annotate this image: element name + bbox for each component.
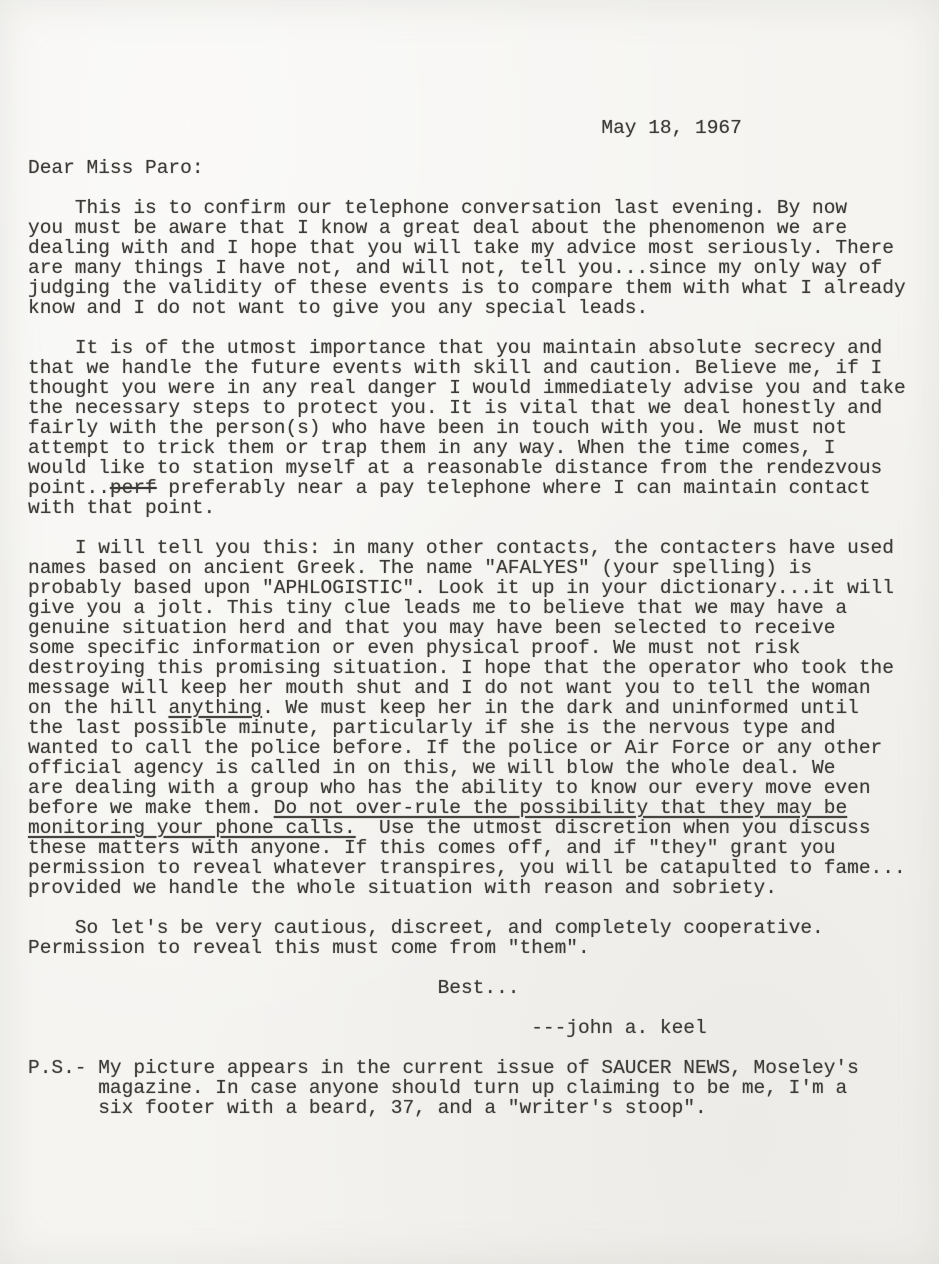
letter-line: May 18, 1967: [28, 118, 906, 138]
text-run: preferably near a pay telephone where I …: [157, 477, 871, 499]
text-run: Use the utmost discretion when you discu…: [356, 817, 871, 839]
text-run: with that point.: [28, 497, 215, 519]
text-run: the last possible minute, particularly i…: [28, 717, 835, 739]
letter-line: names based on ancient Greek. The name "…: [28, 558, 906, 578]
text-run: This is to confirm our telephone convers…: [75, 197, 847, 219]
postscript: P.S.- My picture appears in the current …: [28, 1058, 906, 1118]
date-line: May 18, 1967: [28, 118, 906, 138]
letter-line: This is to confirm our telephone convers…: [28, 198, 906, 218]
paragraph-3: I will tell you this: in many other cont…: [28, 538, 906, 898]
letter-line: I will tell you this: in many other cont…: [28, 538, 906, 558]
letter-line: magazine. In case anyone should turn up …: [28, 1078, 906, 1098]
text-run: are many things I have not, and will not…: [28, 257, 882, 279]
letter-body: May 18, 1967Dear Miss Paro: This is to c…: [28, 118, 906, 1118]
text-run: Permission to reveal this must come from…: [28, 937, 590, 959]
paragraph-1: This is to confirm our telephone convers…: [28, 198, 906, 318]
text-run: wanted to call the police before. If the…: [28, 737, 882, 759]
text-run: ---john a. keel: [531, 1017, 707, 1039]
letter-line: ---john a. keel: [28, 1018, 906, 1038]
text-run: So let's be very cautious, discreet, and…: [75, 917, 824, 939]
text-run: before we make them.: [28, 797, 274, 819]
underlined-text: anything: [168, 697, 262, 719]
letter-line: permission to reveal whatever transpires…: [28, 858, 906, 878]
letter-line: genuine situation herd and that you may …: [28, 618, 906, 638]
text-run: . We must keep her in the dark and uninf…: [262, 697, 859, 719]
text-run: six footer with a beard, 37, and a "writ…: [98, 1097, 707, 1119]
paragraph-2: It is of the utmost importance that you …: [28, 338, 906, 518]
letter-line: Permission to reveal this must come from…: [28, 938, 906, 958]
letter-line: on the hill anything. We must keep her i…: [28, 698, 906, 718]
letter-line: It is of the utmost importance that you …: [28, 338, 906, 358]
struck-out-text: perf: [110, 477, 157, 499]
text-run: Best...: [438, 977, 520, 999]
letter-line: official agency is called in on this, we…: [28, 758, 906, 778]
letter-line: P.S.- My picture appears in the current …: [28, 1058, 906, 1078]
letter-line: before we make them. Do not over-rule th…: [28, 798, 906, 818]
letter-line: destroying this promising situation. I h…: [28, 658, 906, 678]
letter-line: wanted to call the police before. If the…: [28, 738, 906, 758]
text-run: judging the validity of these events is …: [28, 277, 906, 299]
letter-line: point..perf preferably near a pay teleph…: [28, 478, 906, 498]
text-run: you must be aware that I know a great de…: [28, 217, 847, 239]
text-run: on the hill: [28, 697, 168, 719]
text-run: dealing with and I hope that you will ta…: [28, 237, 894, 259]
text-run: magazine. In case anyone should turn up …: [98, 1077, 847, 1099]
salutation: Dear Miss Paro:: [28, 158, 906, 178]
text-run: names based on ancient Greek. The name "…: [28, 557, 812, 579]
text-run: probably based upon "APHLOGISTIC". Look …: [28, 577, 894, 599]
paragraph-4: So let's be very cautious, discreet, and…: [28, 918, 906, 958]
text-run: fairly with the person(s) who have been …: [28, 417, 847, 439]
letter-line: know and I do not want to give you any s…: [28, 298, 906, 318]
letter-line: would like to station myself at a reason…: [28, 458, 906, 478]
letter-line: some specific information or even physic…: [28, 638, 906, 658]
letter-line: message will keep her mouth shut and I d…: [28, 678, 906, 698]
text-run: genuine situation herd and that you may …: [28, 617, 835, 639]
text-run: It is of the utmost importance that you …: [75, 337, 882, 359]
closing: Best...: [28, 978, 906, 998]
text-run: provided we handle the whole situation w…: [28, 877, 777, 899]
text-run: May 18, 1967: [601, 117, 741, 139]
letter-line: give you a jolt. This tiny clue leads me…: [28, 598, 906, 618]
text-run: some specific information or even physic…: [28, 637, 800, 659]
letter-line: Dear Miss Paro:: [28, 158, 906, 178]
letter-line: thought you were in any real danger I wo…: [28, 378, 906, 398]
letter-line: are dealing with a group who has the abi…: [28, 778, 906, 798]
text-run: permission to reveal whatever transpires…: [28, 857, 906, 879]
letter-line: you must be aware that I know a great de…: [28, 218, 906, 238]
letter-line: dealing with and I hope that you will ta…: [28, 238, 906, 258]
text-run: official agency is called in on this, we…: [28, 757, 835, 779]
text-run: these matters with anyone. If this comes…: [28, 837, 835, 859]
text-run: know and I do not want to give you any s…: [28, 297, 648, 319]
underlined-text: monitoring your phone calls.: [28, 817, 356, 839]
letter-line: that we handle the future events with sk…: [28, 358, 906, 378]
text-run: are dealing with a group who has the abi…: [28, 777, 871, 799]
letter-line: attempt to trick them or trap them in an…: [28, 438, 906, 458]
letter-line: judging the validity of these events is …: [28, 278, 906, 298]
letter-line: monitoring your phone calls. Use the utm…: [28, 818, 906, 838]
text-run: point..: [28, 477, 110, 499]
text-run: Dear Miss Paro:: [28, 157, 204, 179]
text-run: destroying this promising situation. I h…: [28, 657, 894, 679]
letter-line: the necessary steps to protect you. It i…: [28, 398, 906, 418]
letter-line: So let's be very cautious, discreet, and…: [28, 918, 906, 938]
letter-line: with that point.: [28, 498, 906, 518]
text-run: I will tell you this: in many other cont…: [75, 537, 894, 559]
text-run: would like to station myself at a reason…: [28, 457, 882, 479]
text-run: P.S.- My picture appears in the current …: [28, 1057, 859, 1079]
letter-line: provided we handle the whole situation w…: [28, 878, 906, 898]
text-run: message will keep her mouth shut and I d…: [28, 677, 871, 699]
letter-line: six footer with a beard, 37, and a "writ…: [28, 1098, 906, 1118]
letter-line: the last possible minute, particularly i…: [28, 718, 906, 738]
letter-line: probably based upon "APHLOGISTIC". Look …: [28, 578, 906, 598]
text-run: attempt to trick them or trap them in an…: [28, 437, 835, 459]
letter-line: are many things I have not, and will not…: [28, 258, 906, 278]
letter-line: Best...: [28, 978, 906, 998]
underlined-text: Do not over-rule the possibility that th…: [274, 797, 847, 819]
letter-page: May 18, 1967Dear Miss Paro: This is to c…: [0, 0, 939, 1264]
text-run: thought you were in any real danger I wo…: [28, 377, 906, 399]
text-run: the necessary steps to protect you. It i…: [28, 397, 882, 419]
signature: ---john a. keel: [28, 1018, 906, 1038]
text-run: give you a jolt. This tiny clue leads me…: [28, 597, 847, 619]
letter-line: these matters with anyone. If this comes…: [28, 838, 906, 858]
text-run: that we handle the future events with sk…: [28, 357, 882, 379]
letter-line: fairly with the person(s) who have been …: [28, 418, 906, 438]
